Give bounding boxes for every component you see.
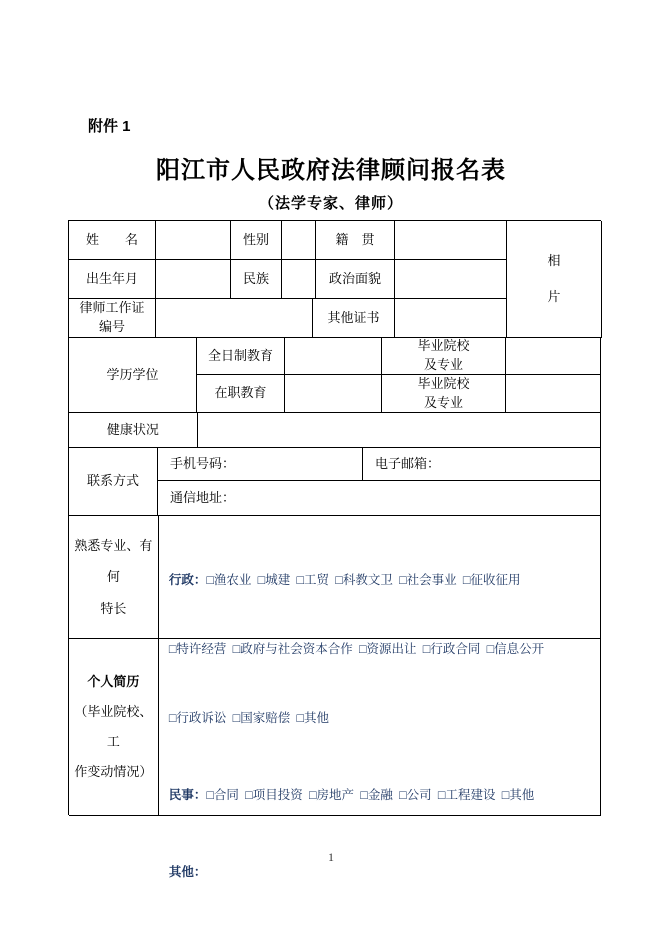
lawyer-id-input-cell[interactable] xyxy=(156,299,313,338)
specialty-checkbox-area: 行政：□渔农业 □城建 □工贸 □科教文卫 □社会事业 □征收征用 □特许经营 … xyxy=(159,516,601,639)
checkbox-item[interactable]: □社会事业 xyxy=(399,573,457,587)
admin-prefix: 行政： xyxy=(169,573,207,587)
other-cert-input-cell[interactable] xyxy=(395,299,507,338)
address-input-cell[interactable]: 通信地址： xyxy=(158,481,601,516)
onjob-edu-input-cell[interactable] xyxy=(285,375,382,413)
resume-section: 个人简历 （毕业院校、工 作变动情况） xyxy=(69,639,601,816)
fulltime-school-input-cell[interactable] xyxy=(506,338,601,375)
name-input-cell[interactable] xyxy=(156,221,231,260)
political-status-label: 政治面貌 xyxy=(316,260,395,299)
contact-section: 联系方式 手机号码： 电子邮箱： 通信地址： xyxy=(69,448,601,516)
education-section: 学历学位 全日制教育 毕业院校 及专业 在职教育 毕业院校 及专业 xyxy=(69,338,601,413)
ethnicity-label: 民族 xyxy=(231,260,282,299)
fulltime-edu-input-cell[interactable] xyxy=(285,338,382,375)
education-label: 学历学位 xyxy=(69,338,197,413)
resume-input-cell[interactable] xyxy=(159,639,601,816)
onjob-school-label: 毕业院校 及专业 xyxy=(382,375,506,413)
onjob-edu-label: 在职教育 xyxy=(197,375,285,413)
form-subtitle: （法学专家、律师） xyxy=(0,192,662,213)
ethnicity-input-cell[interactable] xyxy=(282,260,316,299)
onjob-school-input-cell[interactable] xyxy=(506,375,601,413)
resume-label: 个人简历 （毕业院校、工 作变动情况） xyxy=(69,639,159,816)
checkbox-item[interactable]: □工贸 xyxy=(296,573,329,587)
checkbox-item[interactable]: □城建 xyxy=(258,573,291,587)
photo-cell[interactable]: 相 片 xyxy=(507,221,602,338)
checkbox-item[interactable]: □科教文卫 xyxy=(335,573,393,587)
native-place-label: 籍 贯 xyxy=(316,221,395,260)
health-label: 健康状况 xyxy=(69,413,198,448)
checkbox-item[interactable]: □渔农业 xyxy=(206,573,251,587)
political-status-input-cell[interactable] xyxy=(395,260,507,299)
checkbox-item[interactable]: □征收征用 xyxy=(463,573,521,587)
specialty-section: 熟悉专业、有何 特长 行政：□渔农业 □城建 □工贸 □科教文卫 □社会事业 □… xyxy=(69,516,601,639)
document-page: 附件 1 阳江市人民政府法律顾问报名表 （法学专家、律师） 姓 名 性别 籍 贯… xyxy=(0,0,662,936)
address-label: 通信地址： xyxy=(170,489,235,508)
other-cert-label: 其他证书 xyxy=(313,299,395,338)
email-label: 电子邮箱： xyxy=(375,455,440,474)
photo-label: 相 片 xyxy=(547,243,560,316)
birth-date-label: 出生年月 xyxy=(69,260,156,299)
other-prefix: 其他： xyxy=(169,865,207,879)
page-number: 1 xyxy=(0,850,662,865)
health-section: 健康状况 xyxy=(69,413,601,448)
fulltime-school-label: 毕业院校 及专业 xyxy=(382,338,506,375)
specialty-label: 熟悉专业、有何 特长 xyxy=(69,516,159,639)
basic-info-rows: 姓 名 性别 籍 贯 出生年月 民族 政治面貌 律师工作证 编号 其他证书 xyxy=(69,221,602,338)
lawyer-id-label: 律师工作证 编号 xyxy=(69,299,156,338)
health-input-cell[interactable] xyxy=(198,413,601,448)
email-input-cell[interactable]: 电子邮箱： xyxy=(363,448,601,481)
admin-checkbox-line-1: 行政：□渔农业 □城建 □工贸 □科教文卫 □社会事业 □征收征用 xyxy=(169,569,600,592)
name-label: 姓 名 xyxy=(69,221,156,260)
native-place-input-cell[interactable] xyxy=(395,221,507,260)
gender-label: 性别 xyxy=(231,221,282,260)
form-title: 阳江市人民政府法律顾问报名表 xyxy=(0,150,662,185)
birth-date-input-cell[interactable] xyxy=(156,260,231,299)
fulltime-edu-label: 全日制教育 xyxy=(197,338,285,375)
attachment-label: 附件 1 xyxy=(88,115,131,136)
gender-input-cell[interactable] xyxy=(282,221,316,260)
resume-note: （毕业院校、工 作变动情况） xyxy=(69,697,158,787)
mobile-input-cell[interactable]: 手机号码： xyxy=(158,448,363,481)
mobile-label: 手机号码： xyxy=(170,455,235,474)
application-form-table: 姓 名 性别 籍 贯 出生年月 民族 政治面貌 律师工作证 编号 其他证书 xyxy=(68,220,601,815)
resume-title: 个人简历 xyxy=(87,667,139,697)
contact-label: 联系方式 xyxy=(69,448,158,516)
